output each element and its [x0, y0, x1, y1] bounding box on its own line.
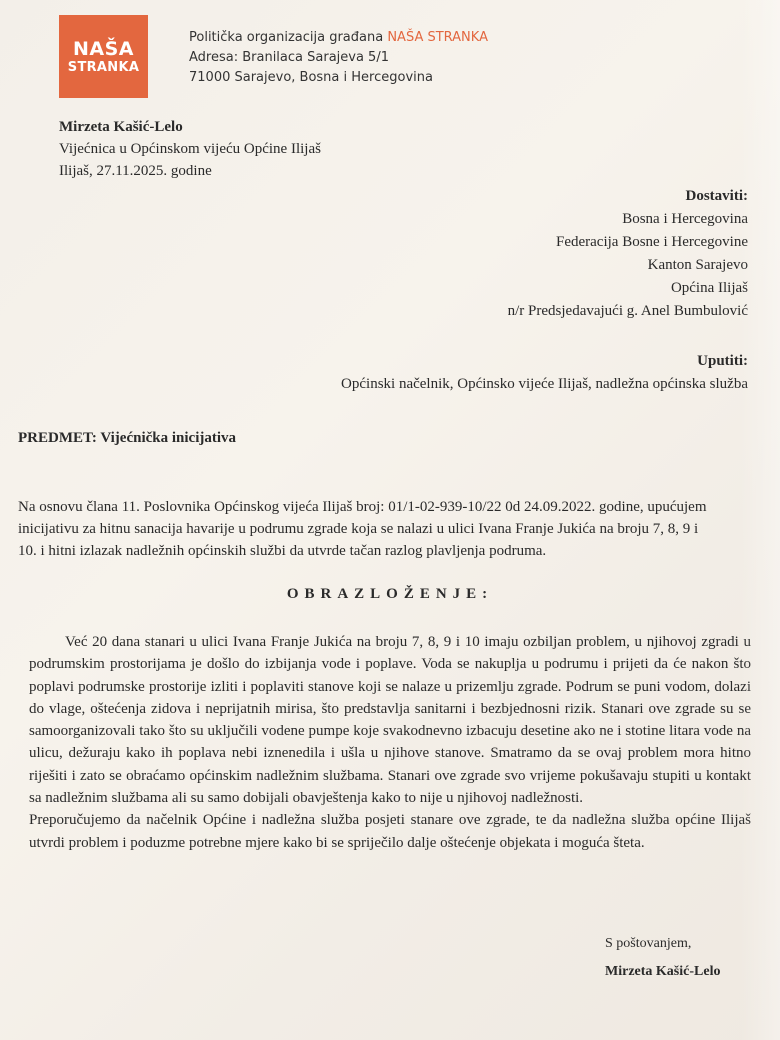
uputiti-heading: Uputiti:: [341, 350, 748, 373]
intro-line: Na osnovu člana 11. Poslovnika Općinskog…: [18, 496, 780, 518]
intro-paragraph: Na osnovu člana 11. Poslovnika Općinskog…: [18, 496, 780, 562]
recipient-line: Općina Ilijaš: [508, 277, 748, 300]
intro-line: inicijativu za hitnu sanacija havarije u…: [18, 518, 780, 540]
dostaviti-heading: Dostaviti:: [508, 185, 748, 208]
uputiti-text: Općinski načelnik, Općinsko vijeće Ilija…: [341, 373, 748, 396]
org-name: NAŠA STRANKA: [387, 30, 488, 45]
sender-role: Vijećnica u Općinskom vijeću Općine Ilij…: [59, 138, 321, 160]
recipient-line: n/r Predsjedavajući g. Anel Bumbulović: [508, 300, 748, 323]
recipients-block: Dostaviti: Bosna i Hercegovina Federacij…: [508, 185, 748, 323]
sender-name: Mirzeta Kašić-Lelo: [59, 116, 321, 138]
letterhead-address: Politička organizacija građana NAŠA STRA…: [189, 28, 488, 88]
intro-line: 10. i hitni izlazak nadležnih općinskih …: [18, 540, 780, 562]
signature: Mirzeta Kašić-Lelo: [605, 958, 720, 986]
body-paragraph: Preporučujemo da načelnik Općine i nadle…: [29, 809, 751, 854]
logo-line-2: STRANKA: [68, 61, 139, 74]
sender-place-date: Ilijaš, 27.11.2025. godine: [59, 160, 321, 182]
party-logo: NAŠA STRANKA: [59, 15, 148, 98]
recipient-line: Kanton Sarajevo: [508, 254, 748, 277]
closing-block: S poštovanjem, Mirzeta Kašić-Lelo: [605, 930, 720, 986]
logo-line-1: NAŠA: [73, 40, 134, 59]
org-prefix: Politička organizacija građana: [189, 30, 387, 45]
recipient-line: Bosna i Hercegovina: [508, 208, 748, 231]
subject-line: PREDMET: Vijećnička inicijativa: [18, 430, 236, 447]
forward-to-block: Uputiti: Općinski načelnik, Općinsko vij…: [341, 350, 748, 396]
recipient-line: Federacija Bosne i Hercegovine: [508, 231, 748, 254]
explanation-body: Već 20 dana stanari u ulici Ivana Franje…: [29, 631, 751, 854]
address-line-2: 71000 Sarajevo, Bosna i Hercegovina: [189, 68, 488, 88]
org-line: Politička organizacija građana NAŠA STRA…: [189, 28, 488, 48]
closing-greeting: S poštovanjem,: [605, 930, 720, 958]
explanation-heading: OBRAZLOŽENJE:: [0, 586, 780, 603]
body-paragraph: Već 20 dana stanari u ulici Ivana Franje…: [29, 631, 751, 809]
sender-block: Mirzeta Kašić-Lelo Vijećnica u Općinskom…: [59, 116, 321, 182]
address-line-1: Adresa: Branilaca Sarajeva 5/1: [189, 48, 488, 68]
